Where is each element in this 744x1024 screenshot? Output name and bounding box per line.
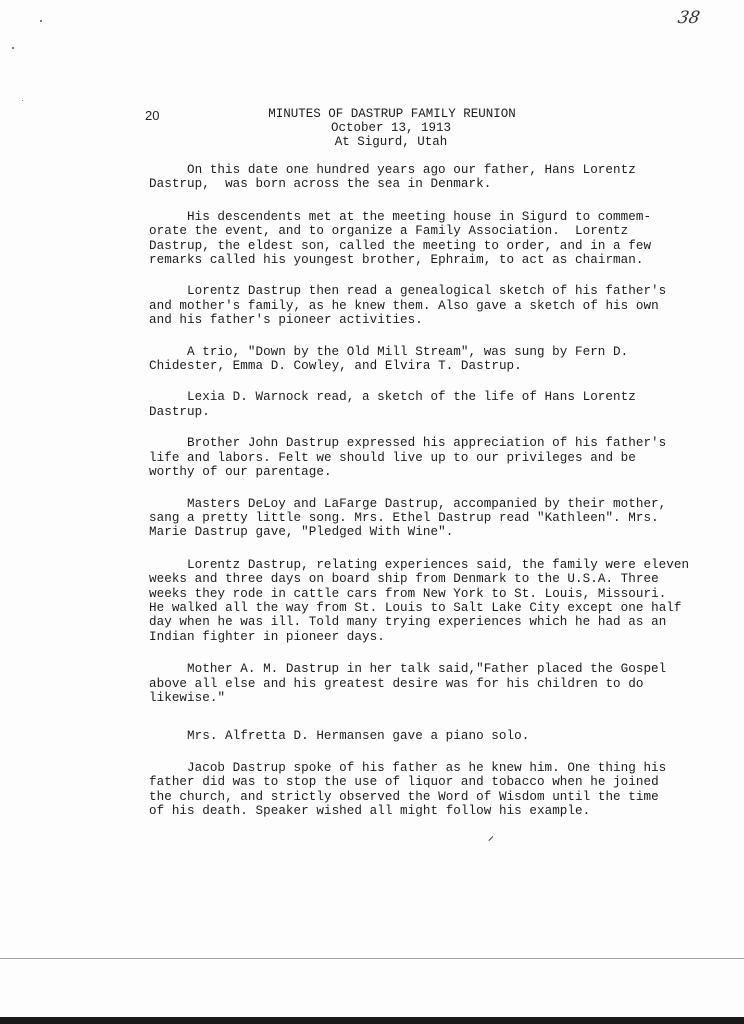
- text-line: remarks called his youngest brother, Eph…: [149, 253, 689, 267]
- document-title: MINUTES OF DASTRUP FAMILY REUNION: [0, 107, 744, 121]
- text-line: A trio, "Down by the Old Mill Stream", w…: [149, 345, 689, 359]
- text-line: Indian fighter in pioneer days.: [149, 630, 689, 644]
- text-line: day when he was ill. Told many trying ex…: [149, 615, 689, 629]
- paragraph: Lexia D. Warnock read, a sketch of the l…: [149, 390, 689, 419]
- text-line: Dastrup, the eldest son, called the meet…: [149, 239, 689, 253]
- text-line: Lexia D. Warnock read, a sketch of the l…: [149, 390, 689, 404]
- text-line: weeks they rode in cattle cars from New …: [149, 587, 689, 601]
- document-body: On this date one hundred years ago our f…: [149, 163, 689, 835]
- text-line: On this date one hundred years ago our f…: [149, 163, 689, 177]
- text-line: Masters DeLoy and LaFarge Dastrup, accom…: [149, 497, 689, 511]
- paragraph: Lorentz Dastrup then read a genealogical…: [149, 284, 689, 327]
- page-fold-line: [0, 958, 744, 959]
- document-date: October 13, 1913: [0, 121, 744, 135]
- handwritten-page-number: 38: [676, 8, 701, 28]
- text-line: weeks and three days on board ship from …: [149, 572, 689, 586]
- text-line: sang a pretty little song. Mrs. Ethel Da…: [149, 511, 689, 525]
- text-line: likewise.": [149, 691, 689, 705]
- text-line: father did was to stop the use of liquor…: [149, 775, 689, 789]
- text-line: Marie Dastrup gave, "Pledged With Wine".: [149, 525, 689, 539]
- text-line: Jacob Dastrup spoke of his father as he …: [149, 761, 689, 775]
- paragraph: Mrs. Alfretta D. Hermansen gave a piano …: [149, 729, 689, 743]
- paragraph: On this date one hundred years ago our f…: [149, 163, 689, 192]
- paragraph: His descendents met at the meeting house…: [149, 210, 689, 268]
- text-line: orate the event, and to organize a Famil…: [149, 224, 689, 238]
- text-line: and mother's family, as he knew them. Al…: [149, 299, 689, 313]
- paragraph: Brother John Dastrup expressed his appre…: [149, 436, 689, 479]
- scan-speck: [40, 20, 42, 22]
- text-line: Mrs. Alfretta D. Hermansen gave a piano …: [149, 729, 689, 743]
- text-line: Dastrup.: [149, 405, 689, 419]
- text-line: Mother A. M. Dastrup in her talk said,"F…: [149, 662, 689, 676]
- text-line: He walked all the way from St. Louis to …: [149, 601, 689, 615]
- text-line: His descendents met at the meeting house…: [149, 210, 689, 224]
- paragraph: Mother A. M. Dastrup in her talk said,"F…: [149, 662, 689, 705]
- text-line: Lorentz Dastrup then read a genealogical…: [149, 284, 689, 298]
- document-header: MINUTES OF DASTRUP FAMILY REUNION Octobe…: [0, 107, 744, 149]
- text-line: worthy of our parentage.: [149, 465, 689, 479]
- text-line: Chidester, Emma D. Cowley, and Elvira T.…: [149, 359, 689, 373]
- text-line: life and labors. Felt we should live up …: [149, 451, 689, 465]
- scan-speck: [12, 47, 14, 49]
- scan-border: [0, 1017, 744, 1024]
- paragraph: Masters DeLoy and LaFarge Dastrup, accom…: [149, 497, 689, 540]
- paragraph: Jacob Dastrup spoke of his father as he …: [149, 761, 689, 819]
- scan-speck: [22, 100, 23, 101]
- text-line: Brother John Dastrup expressed his appre…: [149, 436, 689, 450]
- text-line: Dastrup, was born across the sea in Denm…: [149, 177, 689, 191]
- text-line: and his father's pioneer activities.: [149, 313, 689, 327]
- paragraph: Lorentz Dastrup, relating experiences sa…: [149, 558, 689, 644]
- text-line: above all else and his greatest desire w…: [149, 677, 689, 691]
- text-line: the church, and strictly observed the Wo…: [149, 790, 689, 804]
- document-place: At Sigurd, Utah: [0, 135, 744, 149]
- document-page: 38 20 MINUTES OF DASTRUP FAMILY REUNION …: [0, 0, 744, 1017]
- text-line: Lorentz Dastrup, relating experiences sa…: [149, 558, 689, 572]
- text-line: of his death. Speaker wished all might f…: [149, 804, 689, 818]
- paragraph: A trio, "Down by the Old Mill Stream", w…: [149, 345, 689, 374]
- pen-mark: [488, 836, 493, 841]
